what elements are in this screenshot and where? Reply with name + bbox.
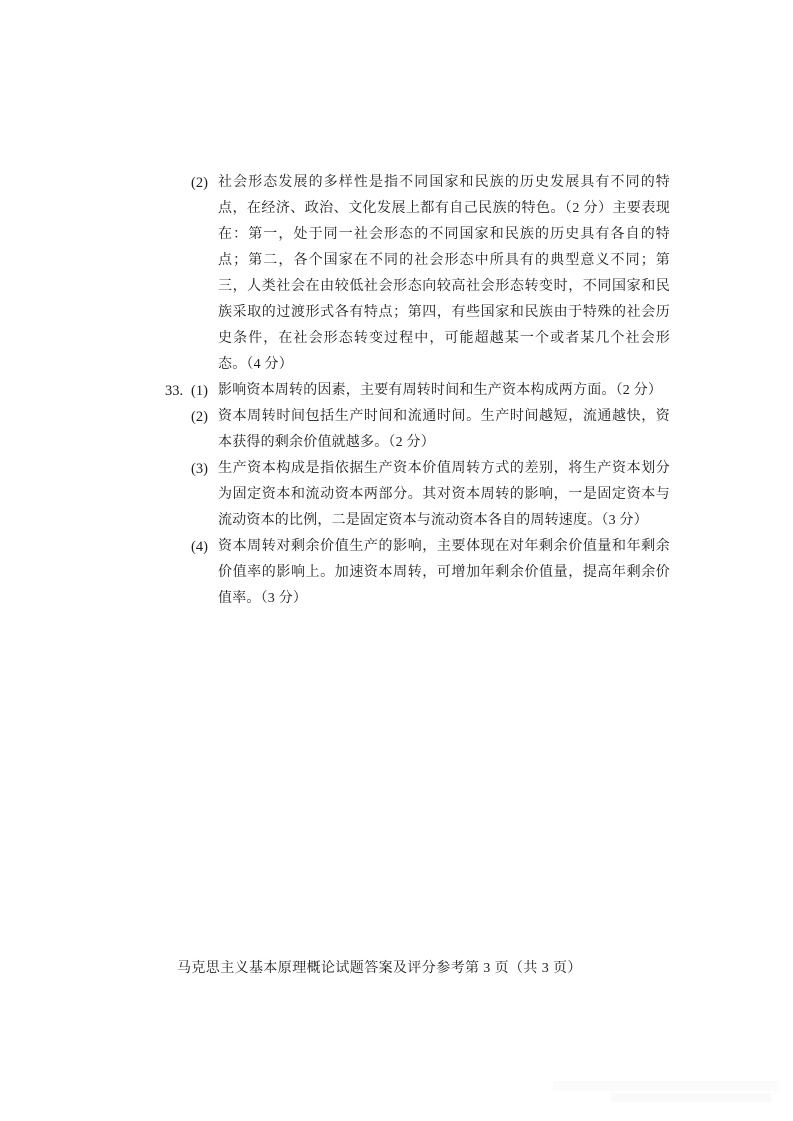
answer-32-part2: (2) 社会形态发展的多样性是指不同国家和民族的历史发展具有不同的特点，在经济、… [165, 170, 671, 378]
answer-part-marker: (2) [191, 404, 208, 430]
answer-33-part4: (4) 资本周转对剩余价值生产的影响，主要体现在对年剩余价值量和年剩余价值率的影… [165, 534, 671, 612]
answer-part-marker: (4) [191, 534, 208, 560]
footer-text: 马克思主义基本原理概论试题答案及评分参考第 3 页（共 3 页） [177, 961, 582, 976]
page-footer: 马克思主义基本原理概论试题答案及评分参考第 3 页（共 3 页） [177, 958, 582, 980]
watermark-remnant-bar [611, 1093, 771, 1102]
answer-part-marker: (1) [191, 378, 208, 404]
question-number: 33. [165, 378, 183, 404]
answer-33-part1: 33. (1) 影响资本周转的因素，主要有周转时间和生产资本构成两方面。（2 分… [165, 378, 671, 404]
answer-33-part3: (3) 生产资本构成是指依据生产资本价值周转方式的差别，将生产资本划分为固定资本… [165, 456, 671, 534]
scanned-answer-sheet-page: (2) 社会形态发展的多样性是指不同国家和民族的历史发展具有不同的特点，在经济、… [0, 0, 793, 1121]
answer-33-part2: (2) 资本周转时间包括生产时间和流通时间。生产时间越短，流通越快，资本获得的剩… [165, 404, 671, 456]
answer-text: 资本周转时间包括生产时间和流通时间。生产时间越短，流通越快，资本获得的剩余价值就… [218, 404, 670, 456]
answer-text: 影响资本周转的因素，主要有周转时间和生产资本构成两方面。（2 分） [218, 378, 670, 404]
answer-part-marker: (3) [191, 456, 208, 482]
answer-text: 生产资本构成是指依据生产资本价值周转方式的差别，将生产资本划分为固定资本和流动资… [218, 456, 670, 534]
answer-text: 资本周转对剩余价值生产的影响，主要体现在对年剩余价值量和年剩余价值率的影响上。加… [218, 534, 670, 612]
watermark-remnant [541, 1081, 787, 1107]
answer-content-column: (2) 社会形态发展的多样性是指不同国家和民族的历史发展具有不同的特点，在经济、… [165, 170, 671, 612]
answer-text: 社会形态发展的多样性是指不同国家和民族的历史发展具有不同的特点，在经济、政治、文… [218, 170, 670, 378]
watermark-remnant-bar [553, 1081, 779, 1091]
answer-part-marker: (2) [191, 170, 208, 196]
